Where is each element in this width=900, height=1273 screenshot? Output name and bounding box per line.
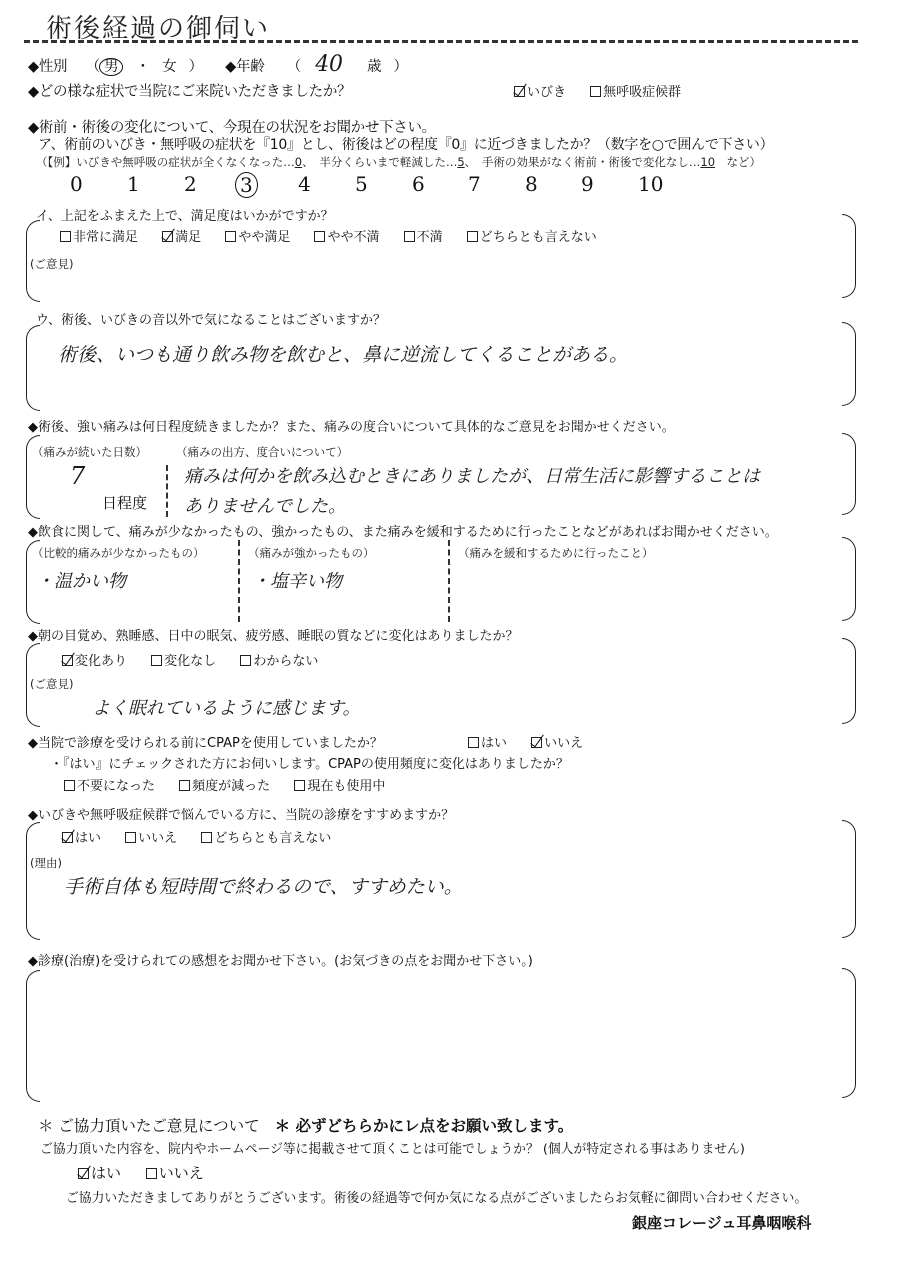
bracket-right xyxy=(842,322,856,406)
option-label: はい xyxy=(75,831,101,846)
checkbox-checked-icon[interactable] xyxy=(62,655,73,666)
option-label: どちらとも言えない xyxy=(214,831,331,846)
checkbox-icon[interactable] xyxy=(225,231,236,242)
option-label: いびき xyxy=(527,85,566,100)
satisfaction-option-somewhat-satisfied[interactable]: やや満足 xyxy=(225,226,290,245)
age-close-paren: ） xyxy=(393,59,407,75)
checkbox-icon[interactable] xyxy=(201,832,212,843)
consent-option-no[interactable]: いいえ xyxy=(146,1162,204,1183)
pain-question: ◆術後、強い痛みは何日程度続きましたか？また、痛みの度合いについて具体的なご意見… xyxy=(28,416,675,435)
scale-option-3-selected[interactable]: 3 xyxy=(235,172,258,198)
recommend-reason-field[interactable]: 手術自体も短時間で終わるので、すすめたい。 xyxy=(64,872,463,899)
scale-option-10[interactable]: 10 xyxy=(638,172,663,196)
diet-col2-value[interactable]: ・塩辛い物 xyxy=(252,567,342,593)
gender-option-male[interactable]: 男 xyxy=(99,58,123,76)
option-label: やや不満 xyxy=(327,230,379,245)
diet-col3-value[interactable] xyxy=(462,567,832,607)
option-label: 非常に満足 xyxy=(73,230,138,245)
bracket-right xyxy=(842,214,856,298)
option-label: 不満 xyxy=(417,230,443,245)
sleep-option-unchanged[interactable]: 変化なし xyxy=(151,650,216,669)
scale-option-9[interactable]: 9 xyxy=(581,172,594,196)
cpap-followup-option-not-needed[interactable]: 不要になった xyxy=(64,775,155,794)
age-open-paren: （ xyxy=(287,59,301,75)
cpap-followup-question: ・『はい』にチェックされた方にお伺いします。CPAPの使用頻度に変化はありました… xyxy=(50,753,569,772)
option-label: 満足 xyxy=(175,230,201,245)
diet-question: ◆飲食に関して、痛みが少なかったもの、強かったもの、また痛みを緩和するために行っ… xyxy=(28,521,778,540)
satisfaction-opinion-label: (ご意見) xyxy=(30,256,73,272)
checkbox-icon[interactable] xyxy=(294,780,305,791)
impressions-field[interactable] xyxy=(50,980,830,1090)
checkbox-icon[interactable] xyxy=(590,86,601,97)
clinic-name: 銀座コレージュ耳鼻咽喉科 xyxy=(632,1212,811,1233)
option-label: いいえ xyxy=(138,831,177,846)
recommend-reason-label: (理由) xyxy=(30,855,62,871)
option-label: 不要になった xyxy=(77,779,155,794)
gender-separator: ・ xyxy=(136,59,150,75)
satisfaction-option-neither[interactable]: どちらとも言えない xyxy=(467,226,597,245)
impressions-question: ◆診療(治療)を受けられての感想をお聞かせ下さい。(お気づきの点をお聞かせ下さい… xyxy=(28,950,533,969)
bracket-right xyxy=(842,433,856,515)
pain-days-label: （痛みが続いた日数） xyxy=(32,444,147,460)
gender-close-paren: ） xyxy=(189,59,203,75)
satisfaction-options: 非常に満足 満足 やや満足 やや不満 不満 どちらとも言えない xyxy=(60,226,617,245)
pain-detail-line1[interactable]: 痛みは何かを飲み込むときにありましたが、日常生活に影響することは xyxy=(184,462,760,488)
column-divider xyxy=(166,465,168,517)
option-label: わからない xyxy=(253,654,318,669)
checkbox-icon[interactable] xyxy=(240,655,251,666)
bracket-right xyxy=(842,537,856,621)
footer-thanks: ご協力いただきましてありがとうございます。術後の経過等で何か気になる点がございま… xyxy=(66,1187,807,1206)
checkbox-icon[interactable] xyxy=(467,231,478,242)
sleep-option-changed[interactable]: 変化あり xyxy=(62,650,127,669)
diet-col1-label: （比較的痛みが少なかったもの） xyxy=(32,545,205,561)
checkbox-icon[interactable] xyxy=(151,655,162,666)
checkbox-checked-icon[interactable] xyxy=(62,832,73,843)
option-label: はい xyxy=(91,1164,121,1182)
symptom-options: いびき 無呼吸症候群 xyxy=(514,81,701,100)
cpap-options: はい いいえ xyxy=(468,732,603,751)
option-label: 無呼吸症候群 xyxy=(603,85,681,100)
diet-col3-label: （痛みを緩和するために行ったこと） xyxy=(458,545,654,561)
example-value-10: 10 xyxy=(700,155,715,169)
age-label: ◆年齢 xyxy=(225,59,264,75)
bracket-left xyxy=(26,325,40,411)
title-divider xyxy=(24,40,858,43)
checkbox-icon[interactable] xyxy=(468,737,479,748)
option-label: いいえ xyxy=(544,736,583,751)
scale-option-0[interactable]: 0 xyxy=(70,172,83,196)
cpap-option-yes[interactable]: はい xyxy=(468,732,507,751)
pain-detail-line2[interactable]: ありませんでした。 xyxy=(184,492,346,518)
option-label: 頻度が減った xyxy=(192,779,270,794)
consent-option-yes[interactable]: はい xyxy=(78,1162,121,1183)
cpap-question: ◆当院で診療を受けられる前にCPAPを使用していましたか？ xyxy=(28,732,383,751)
satisfaction-question: イ、上記をふまえた上で、満足度はいかがですか？ xyxy=(36,205,334,224)
checkbox-checked-icon[interactable] xyxy=(531,737,542,748)
checkbox-icon[interactable] xyxy=(314,231,325,242)
checkbox-icon[interactable] xyxy=(146,1168,157,1179)
checkbox-icon[interactable] xyxy=(179,780,190,791)
checkbox-icon[interactable] xyxy=(60,231,71,242)
symptom-option-snoring[interactable]: いびき xyxy=(514,81,566,100)
gender-age-row: ◆性別 （ 男 ・ 女 ） ◆年齢 （ 40 歳 ） xyxy=(28,52,408,77)
cpap-followup-options: 不要になった 頻度が減った 現在も使用中 xyxy=(64,775,405,794)
checkbox-icon[interactable] xyxy=(404,231,415,242)
scale-option-6[interactable]: 6 xyxy=(412,172,425,196)
sleep-opinion-field[interactable]: よく眠れているように感じます。 xyxy=(92,694,361,720)
option-label: 変化あり xyxy=(75,654,127,669)
consent-heading-a: ＊ ご協力頂いたご意見について xyxy=(38,1117,260,1135)
checkbox-checked-icon[interactable] xyxy=(514,86,525,97)
example-text: 、 手術の効果がなく術前・術後で変化なし… xyxy=(465,155,701,169)
consent-heading-b: ＊ 必ずどちらかにレ点をお願い致します。 xyxy=(275,1117,574,1135)
satisfaction-option-somewhat-dissatisfied[interactable]: やや不満 xyxy=(314,226,379,245)
satisfaction-option-very-satisfied[interactable]: 非常に満足 xyxy=(60,226,138,245)
age-unit: 歳 xyxy=(367,59,381,75)
cpap-followup-option-reduced[interactable]: 頻度が減った xyxy=(179,775,270,794)
satisfaction-option-dissatisfied[interactable]: 不満 xyxy=(404,226,443,245)
bracket-left xyxy=(26,970,40,1102)
column-divider xyxy=(448,540,450,622)
scale-option-4[interactable]: 4 xyxy=(298,172,311,196)
other-concerns-question: ウ、術後、いびきの音以外で気になることはございますか？ xyxy=(36,309,386,328)
gender-option-female[interactable]: 女 xyxy=(162,59,176,75)
sleep-question: ◆朝の目覚め、熟睡感、日中の眠気、疲労感、睡眠の質などに変化はありましたか？ xyxy=(28,625,518,644)
checkbox-icon[interactable] xyxy=(125,832,136,843)
recommend-options: はい いいえ どちらとも言えない xyxy=(62,827,351,846)
pain-days-unit: 日程度 xyxy=(102,492,147,513)
cpap-followup-option-still-using[interactable]: 現在も使用中 xyxy=(294,775,385,794)
consent-heading: ＊ ご協力頂いたご意見について ＊ 必ずどちらかにレ点をお願い致します。 xyxy=(38,1114,573,1136)
bracket-left xyxy=(26,822,40,940)
recommend-option-neither[interactable]: どちらとも言えない xyxy=(201,827,331,846)
option-label: 現在も使用中 xyxy=(307,779,385,794)
cpap-option-no[interactable]: いいえ xyxy=(531,732,583,751)
pain-days-value[interactable]: 7 xyxy=(70,462,85,490)
pain-detail-label: （痛みの出方、度合いについて） xyxy=(176,444,348,460)
option-label: 変化なし xyxy=(164,654,216,669)
symptom-option-apnea[interactable]: 無呼吸症候群 xyxy=(590,81,681,100)
recommend-question: ◆いびきや無呼吸症候群で悩んでいる方に、当院の診療をすすめますか？ xyxy=(28,804,454,823)
satisfaction-opinion-field[interactable] xyxy=(70,272,830,294)
bracket-right xyxy=(842,638,856,724)
recommend-option-no[interactable]: いいえ xyxy=(125,827,177,846)
column-divider xyxy=(238,540,240,622)
other-concerns-answer[interactable]: 術後、いつも通り飲み物を飲むと、鼻に逆流してくることがある。 xyxy=(58,340,628,367)
scale-option-2[interactable]: 2 xyxy=(184,172,197,196)
symptom-question: ◆どの様な症状で当院にご来院いただきましたか？ xyxy=(28,80,351,101)
checkbox-checked-icon[interactable] xyxy=(162,231,173,242)
scale-option-8[interactable]: 8 xyxy=(525,172,538,196)
bracket-right xyxy=(842,968,856,1098)
option-label: いいえ xyxy=(159,1164,204,1182)
diet-col2-label: （痛みが強かったもの） xyxy=(248,545,375,561)
consent-options: はい いいえ xyxy=(78,1162,224,1183)
scale-option-7[interactable]: 7 xyxy=(468,172,481,196)
change-question-a: ア、術前のいびき・無呼吸の症状を『10』とし、術後はどの程度『0』に近づきました… xyxy=(38,134,773,154)
diet-col1-value[interactable]: ・温かい物 xyxy=(36,567,126,593)
example-text: 、 半分くらいまで軽減した… xyxy=(302,155,457,169)
gender-open-paren: （ xyxy=(86,59,100,75)
satisfaction-option-satisfied[interactable]: 満足 xyxy=(162,226,201,245)
scale-option-1[interactable]: 1 xyxy=(127,172,140,196)
option-label: やや満足 xyxy=(238,230,290,245)
gender-label: ◆性別 xyxy=(28,59,67,75)
option-label: どちらとも言えない xyxy=(480,230,597,245)
age-value[interactable]: 40 xyxy=(315,52,342,77)
example-value-0: 0 xyxy=(295,155,302,169)
bracket-right xyxy=(842,820,856,938)
example-text: （【例】いびきや無呼吸の症状が全くなくなった… xyxy=(36,155,295,169)
sleep-opinion-label: (ご意見) xyxy=(30,676,73,692)
consent-question: ご協力頂いた内容を、院内やホームページ等に掲載させて頂くことは可能でしょうか？ … xyxy=(40,1138,745,1157)
change-example: （【例】いびきや無呼吸の症状が全くなくなった…0、 半分くらいまで軽減した…5、… xyxy=(36,154,761,170)
scale-option-5[interactable]: 5 xyxy=(355,172,368,196)
sleep-options: 変化あり 変化なし わからない xyxy=(62,650,338,669)
example-value-5: 5 xyxy=(457,155,464,169)
recommend-option-yes[interactable]: はい xyxy=(62,827,101,846)
example-text: など） xyxy=(715,155,761,169)
checkbox-icon[interactable] xyxy=(64,780,75,791)
checkbox-checked-icon[interactable] xyxy=(78,1168,89,1179)
sleep-option-unknown[interactable]: わからない xyxy=(240,650,318,669)
option-label: はい xyxy=(481,736,507,751)
